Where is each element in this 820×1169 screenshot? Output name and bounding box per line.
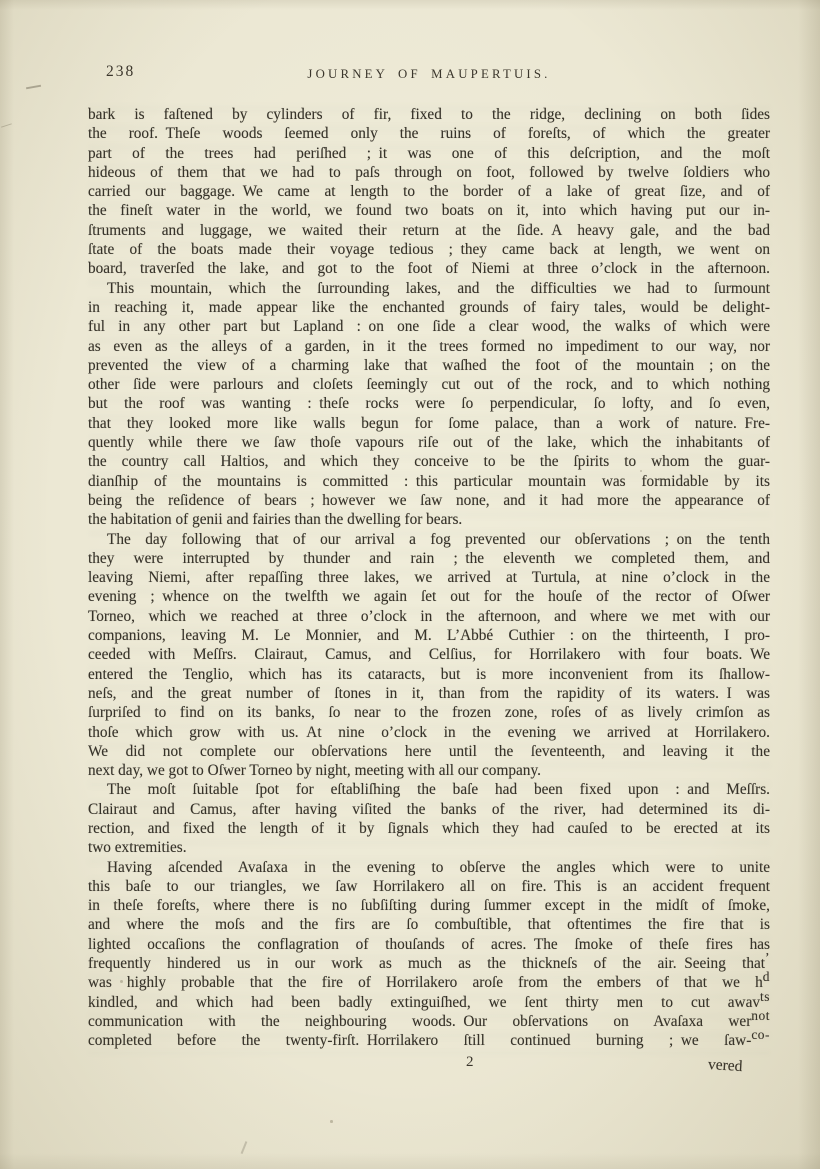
text-line: evening ; whence on the twelfth we again… bbox=[88, 587, 770, 606]
text-line: was highly probable that the fire of Hor… bbox=[88, 973, 770, 992]
text-line-main: completed before the twenty-firſt. Horri… bbox=[88, 1032, 751, 1049]
text-line: carried our baggage. We came at length t… bbox=[88, 182, 770, 201]
text-line: Having aſcended Avaſaxa in the evening t… bbox=[88, 858, 770, 877]
text-line: but the roof was wanting : theſe rocks w… bbox=[88, 394, 770, 413]
text-line: bark is faſtened by cylinders of fir, fi… bbox=[88, 105, 770, 124]
text-line: The moſt ſuitable ſpot for eſtabliſhing … bbox=[88, 780, 770, 799]
paragraph: The moſt ſuitable ſpot for eſtabliſhing … bbox=[88, 780, 770, 857]
text-line: The day following that of our arrival a … bbox=[88, 530, 770, 549]
curled-edge-text: co- bbox=[751, 1027, 770, 1042]
text-line: and where the moſs and the firs are ſo c… bbox=[88, 915, 770, 934]
text-line: prevented the view of a charming lake th… bbox=[88, 356, 770, 375]
pen-mark bbox=[1, 123, 12, 128]
text-line: as even as the alleys of a garden, in it… bbox=[88, 337, 770, 356]
text-line: in reaching it, made appear like the enc… bbox=[88, 298, 770, 317]
curled-edge-text: not bbox=[751, 1008, 770, 1023]
text-line: next day, we got to Oſwer Torneo by nigh… bbox=[88, 761, 770, 780]
text-line: thoſe which grow with us. At nine o’cloc… bbox=[88, 723, 770, 742]
text-line: neſs, and the great number of ſtones in … bbox=[88, 684, 770, 703]
text-line: ful in any other part but Lapland : on o… bbox=[88, 317, 770, 336]
text-line: completed before the twenty-firſt. Horri… bbox=[88, 1031, 770, 1050]
text-line-main: kindled, and which had been badly exting… bbox=[88, 994, 760, 1011]
text-line: hideous of them that we had to paſs thro… bbox=[88, 163, 770, 182]
pen-mark bbox=[241, 1141, 247, 1154]
text-line: dianſhip of the mountains is committed :… bbox=[88, 472, 770, 491]
text-line: We did not complete our obſervations her… bbox=[88, 742, 770, 761]
paper-speck bbox=[330, 1120, 333, 1123]
text-line: frequently hindered us in our work as mu… bbox=[88, 954, 770, 973]
text-line: board, traverſed the lake, and got to th… bbox=[88, 259, 770, 278]
text-line: ſurpriſed to find on its banks, ſo near … bbox=[88, 703, 770, 722]
text-line: ceeded with Meſſrs. Clairaut, Camus, and… bbox=[88, 645, 770, 664]
text-line-main: frequently hindered us in our work as mu… bbox=[88, 955, 765, 972]
book-page: 238 JOURNEY OF MAUPERTUIS. bark is faſte… bbox=[0, 0, 820, 1169]
text-line: ſtruments and luggage, we waited their r… bbox=[88, 221, 770, 240]
text-line: being the reſidence of bears ; however w… bbox=[88, 491, 770, 510]
text-line: leaving Niemi, after repaſſing three lak… bbox=[88, 568, 770, 587]
text-line: kindled, and which had been badly exting… bbox=[88, 993, 770, 1012]
text-line: communication with the neighbouring wood… bbox=[88, 1012, 770, 1031]
text-line: the habitation of genii and fairies than… bbox=[88, 510, 770, 529]
paragraph: The day following that of our arrival a … bbox=[88, 530, 770, 781]
running-title: JOURNEY OF MAUPERTUIS. bbox=[88, 67, 770, 82]
curled-edge-text: ts bbox=[760, 989, 770, 1004]
text-line: two extremities. bbox=[88, 838, 770, 857]
text-line: quently while there we ſaw thoſe vapours… bbox=[88, 433, 770, 452]
paragraph: Having aſcended Avaſaxa in the evening t… bbox=[88, 858, 770, 1051]
paragraph: This mountain, which the ſurrounding lak… bbox=[88, 279, 770, 530]
text-line-main: was highly probable that the fire of Hor… bbox=[88, 974, 763, 991]
text-line: rection, and fixed the length of it by ſ… bbox=[88, 819, 770, 838]
text-line: Torneo, which we reached at three o’cloc… bbox=[88, 607, 770, 626]
text-line: other ſide were parlours and cloſets ſee… bbox=[88, 375, 770, 394]
text-line: that they looked more like walls begun f… bbox=[88, 414, 770, 433]
text-line: part of the trees had periſhed ; it was … bbox=[88, 144, 770, 163]
text-line-main: communication with the neighbouring wood… bbox=[88, 1013, 751, 1030]
text-line: the roof. Theſe woods ſeemed only the ru… bbox=[88, 124, 770, 143]
curled-edge-text: ’ bbox=[765, 950, 770, 965]
text-line: they were interrupted by thunder and rai… bbox=[88, 549, 770, 568]
text-line: entered the Tenglio, which has its catar… bbox=[88, 665, 770, 684]
text-line: Clairaut and Camus, after having viſited… bbox=[88, 800, 770, 819]
text-line: This mountain, which the ſurrounding lak… bbox=[88, 279, 770, 298]
curled-edge-text: d bbox=[763, 969, 770, 984]
text-line: ſtate of the boats made their voyage ted… bbox=[88, 240, 770, 259]
text-line: companions, leaving M. Le Monnier, and M… bbox=[88, 626, 770, 645]
text-line: lighted occaſions the conflagration of t… bbox=[88, 935, 770, 954]
text-line: the fineſt water in the world, we found … bbox=[88, 201, 770, 220]
text-line: in theſe foreſts, where there is no ſubſ… bbox=[88, 896, 770, 915]
text-line: the country call Haltios, and which they… bbox=[88, 452, 770, 471]
text-line: this baſe to our triangles, we ſaw Horri… bbox=[88, 877, 770, 896]
catchword: vered bbox=[707, 1056, 742, 1076]
page-body: bark is faſtened by cylinders of fir, fi… bbox=[88, 105, 770, 1051]
paragraph: bark is faſtened by cylinders of fir, fi… bbox=[88, 105, 770, 279]
signature-mark: 2 bbox=[466, 1054, 475, 1071]
page-footer: 2 vered bbox=[88, 1051, 770, 1077]
pen-mark bbox=[26, 85, 41, 89]
